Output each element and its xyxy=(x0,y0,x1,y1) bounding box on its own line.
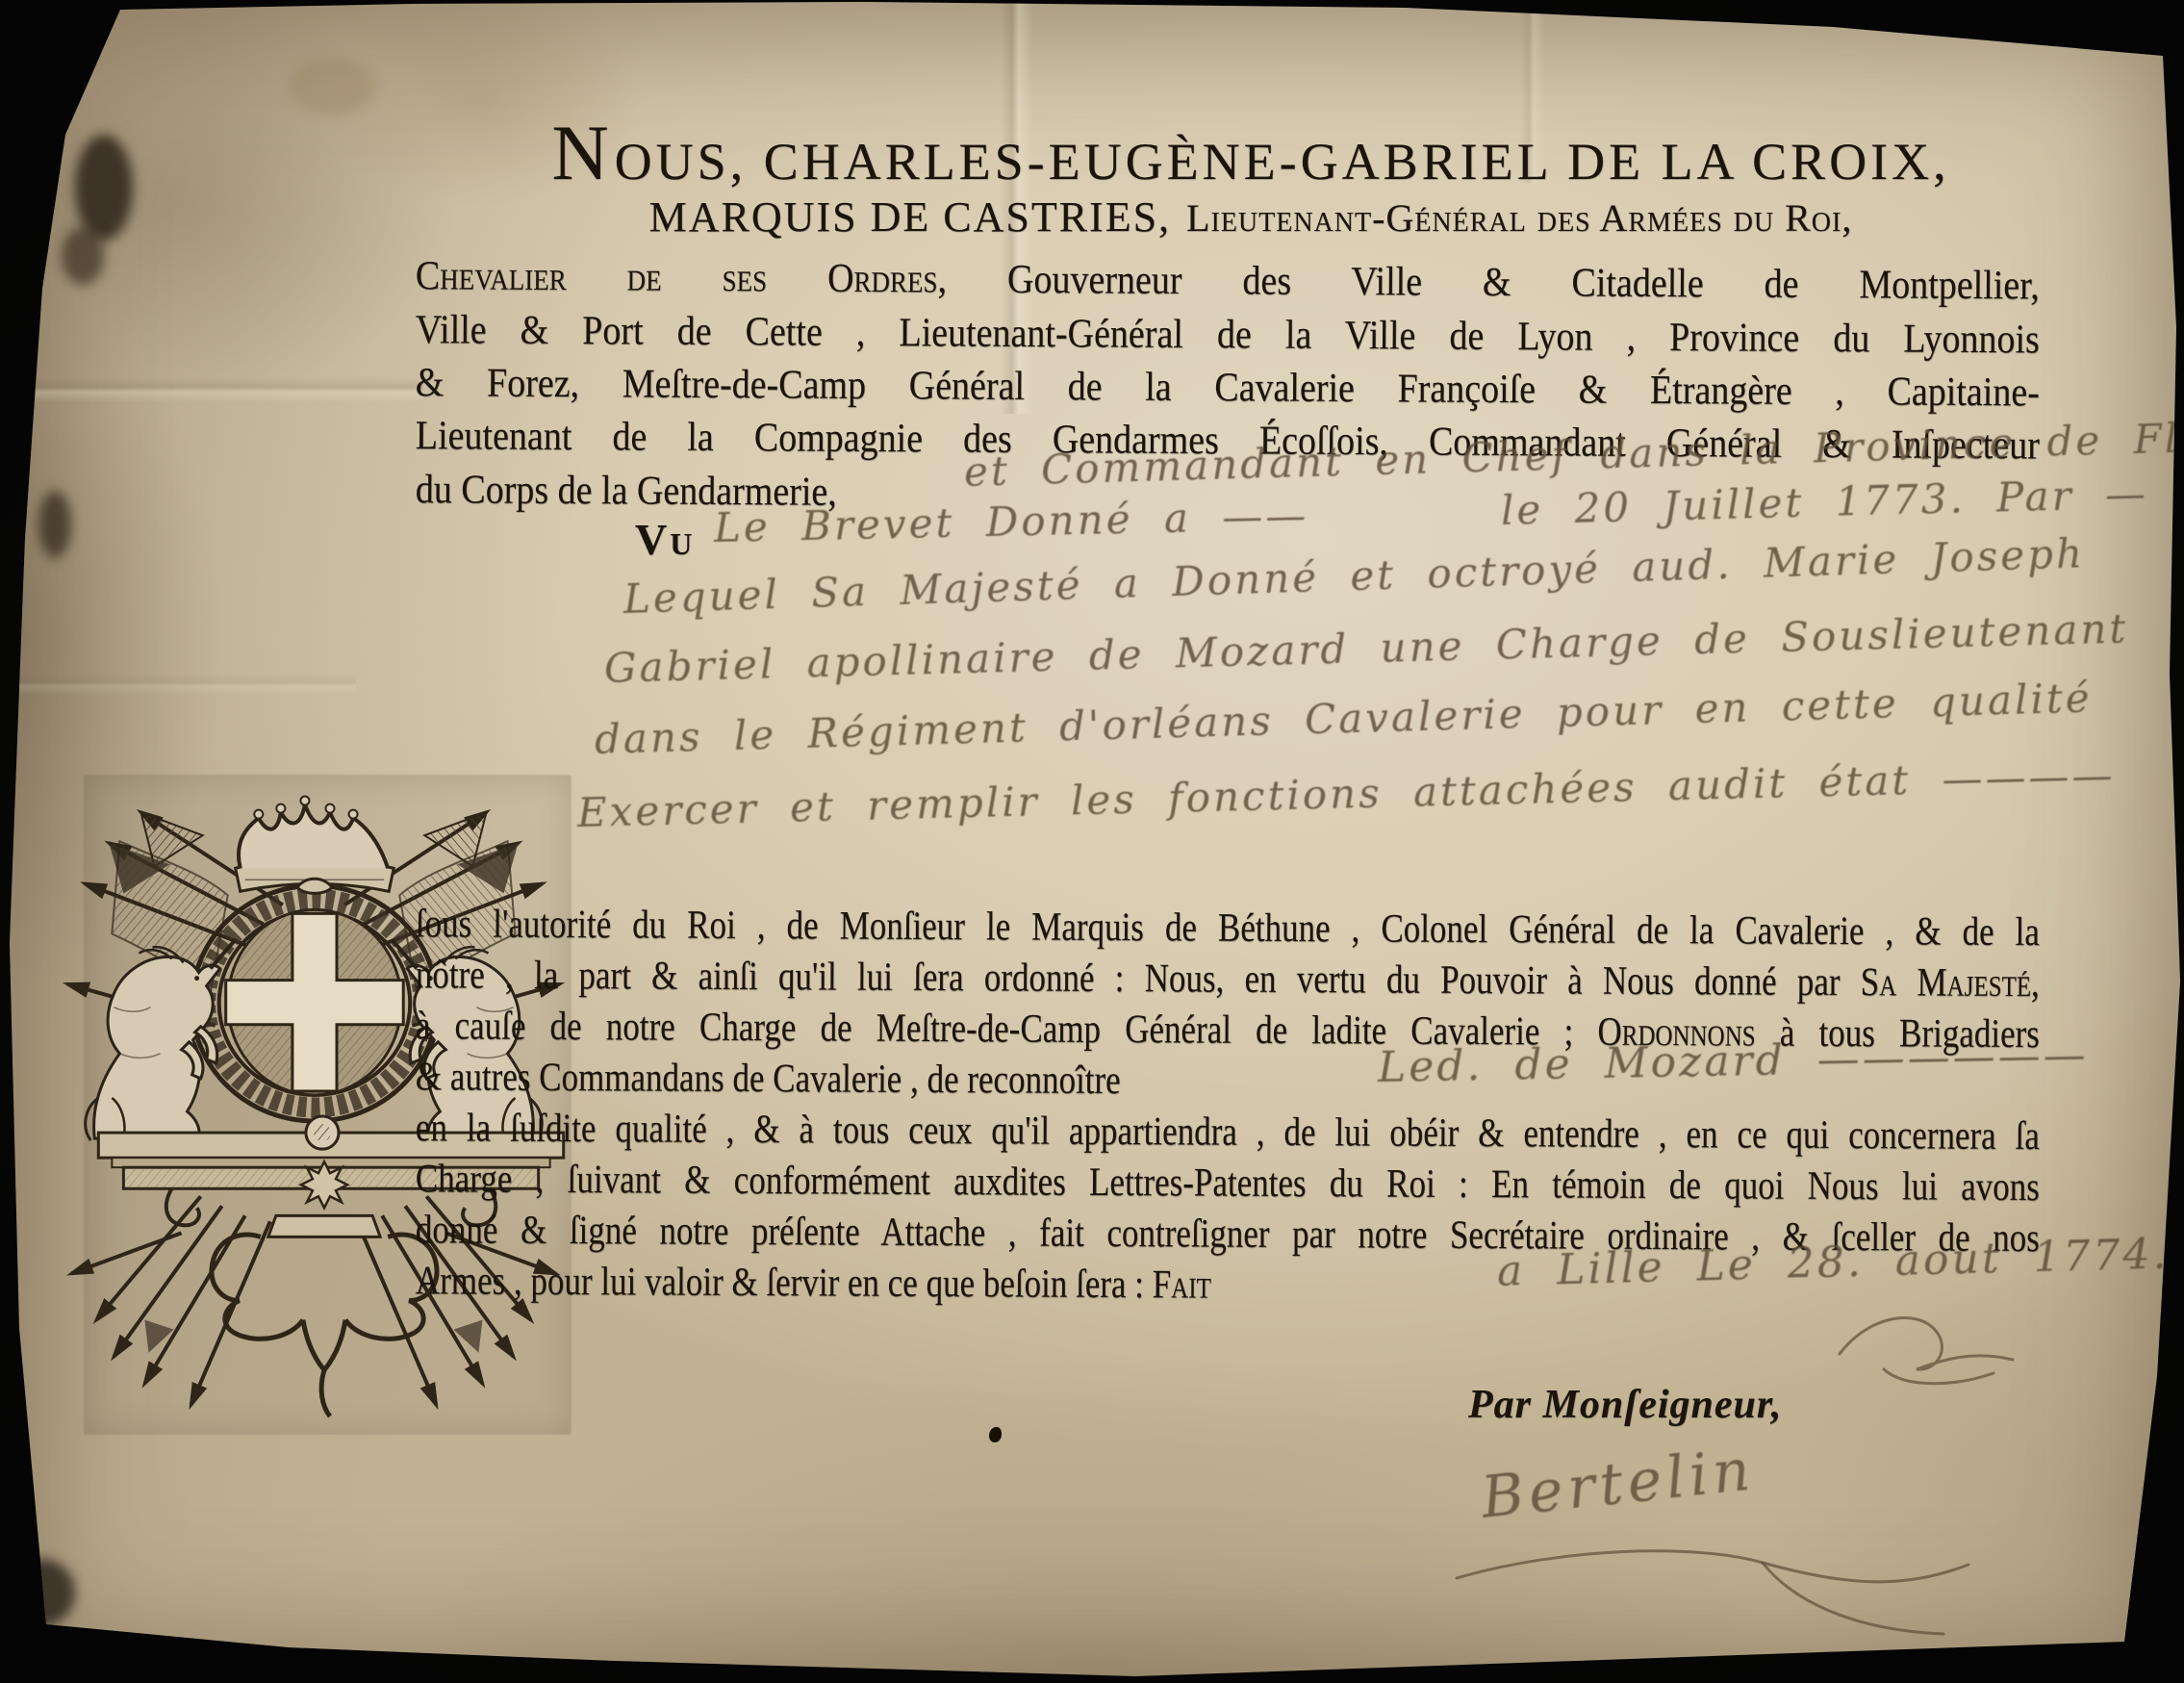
title-line2-rank: Lieutenant-Général des Armées du Roi, xyxy=(1186,196,1852,240)
title-line2-castries: Marquis de Castries, xyxy=(649,193,1171,241)
body-line8: Armes , pour lui valoir & ſervir en ce q… xyxy=(416,1258,1144,1307)
ink-stain xyxy=(62,227,104,285)
shield-cross-icon xyxy=(226,909,404,1095)
body-line5: en la ſuſdite qualité , & à tous ceux qu… xyxy=(416,1105,2040,1160)
crease-horizontal-2 xyxy=(10,674,356,695)
paraph-flourish xyxy=(1828,1294,2030,1400)
crease-horizontal xyxy=(19,377,423,402)
crown-icon xyxy=(236,797,394,892)
header-chevalier: Chevalier de ses Ordres, xyxy=(416,253,947,301)
cartouche-icon xyxy=(212,1215,437,1416)
lances-bottom-left-icon xyxy=(71,1196,270,1405)
ink-stain xyxy=(75,135,133,241)
parchment-sheet: Nous, Charles-Eugène-Gabriel de la Croix… xyxy=(0,0,2184,1683)
ink-stain xyxy=(8,1559,75,1626)
body-line6: Charge , ſuivant & conformément auxdites… xyxy=(416,1156,2040,1211)
body-line1: ſous l'autorité du Roi , de Monſieur le … xyxy=(416,901,2040,956)
body-fait: Fait xyxy=(1153,1262,1211,1307)
body-sa-majeste: Sa Majesté, xyxy=(1861,959,2040,1006)
paper-stain xyxy=(289,58,375,115)
par-monseigneur-label: Par Monſeigneur, xyxy=(1468,1382,1782,1428)
header-line4: Ville & Port de Cette , Lieutenant-Génér… xyxy=(416,306,2040,364)
title-line: Nous, Charles-Eugène-Gabriel de la Croix… xyxy=(452,108,2049,198)
vu-label: Vu xyxy=(635,514,695,565)
photographed-document: Nous, Charles-Eugène-Gabriel de la Croix… xyxy=(0,0,2184,1683)
signature-flourish xyxy=(1443,1538,1982,1653)
body-line4: & autres Commandans de Cavalerie , de re… xyxy=(416,1054,1121,1104)
unicorn-left-icon xyxy=(86,939,236,1140)
header-gouverneur: Gouverneur des Ville & Citadelle de Mont… xyxy=(1007,257,2040,309)
header-line5: & Forez, Meſtre-de-Camp Général de la Ca… xyxy=(416,359,2040,417)
body-line2: nôtre , la part & ainſi qu'il lui ſera o… xyxy=(416,952,1841,1005)
ink-stain xyxy=(38,491,71,558)
